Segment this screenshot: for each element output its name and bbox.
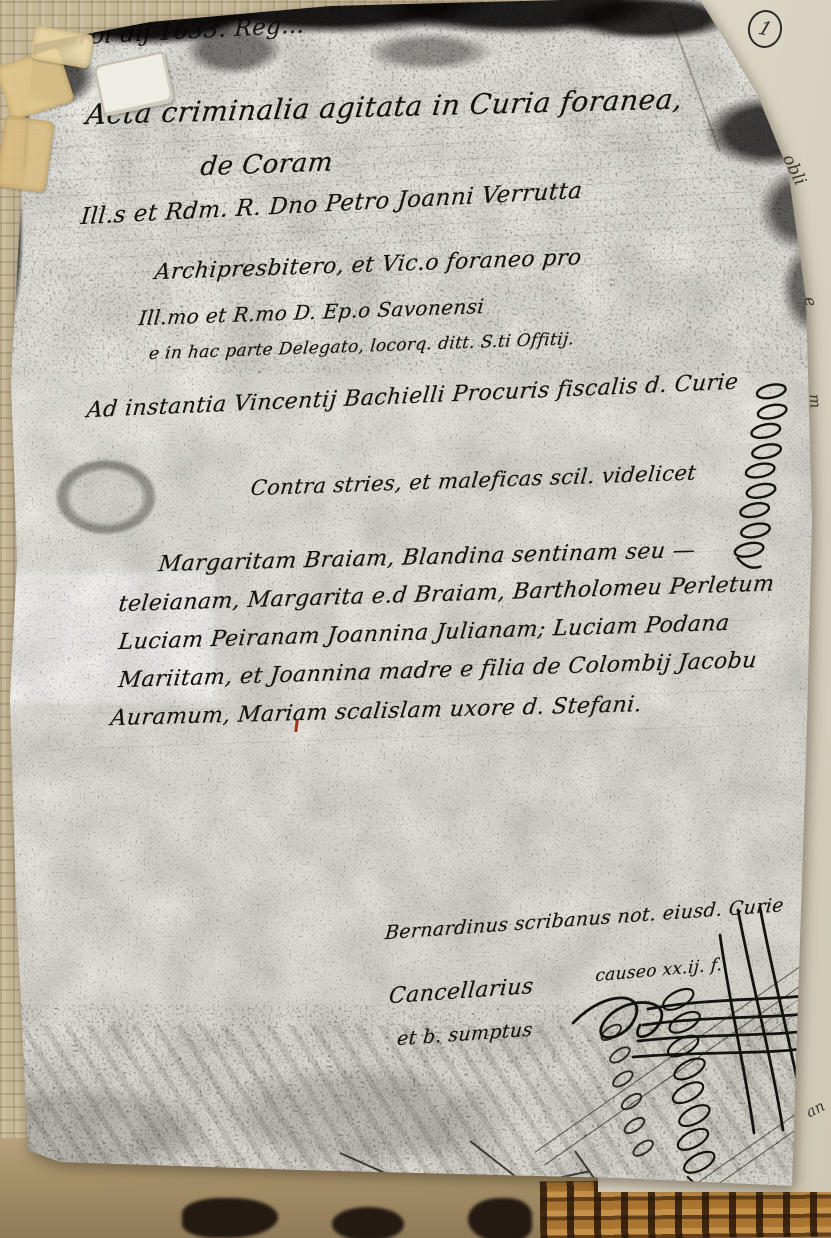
manuscript-line-office3: e in hac parte Delegato, locorq. ditt. S… (148, 329, 575, 364)
edge-text-fragment: m (805, 393, 824, 409)
folio-number: 1 (755, 17, 775, 40)
notary-rubric-flourish (548, 905, 831, 1135)
stain-ring (40, 448, 172, 546)
manuscript-line-coram: de Coram (199, 147, 335, 182)
manuscript-photograph: …arol dij 1633. Reg… Acta criminalia agi… (0, 0, 831, 1238)
manuscript-line-instance: Ad instantia Vincentij Bachielli Procuri… (86, 370, 740, 424)
pen-coil-flourish (730, 378, 792, 578)
manuscript-line-contra: Contra stries, et maleficas scil. videli… (249, 460, 697, 500)
signature-line: Cancellarius (388, 974, 535, 1009)
manuscript-page: …arol dij 1633. Reg… Acta criminalia agi… (0, 0, 831, 1238)
ink-smudge (618, 38, 831, 350)
manuscript-line-office2: Ill.mo et R.mo D. Ep.o Savonensi (137, 294, 485, 330)
